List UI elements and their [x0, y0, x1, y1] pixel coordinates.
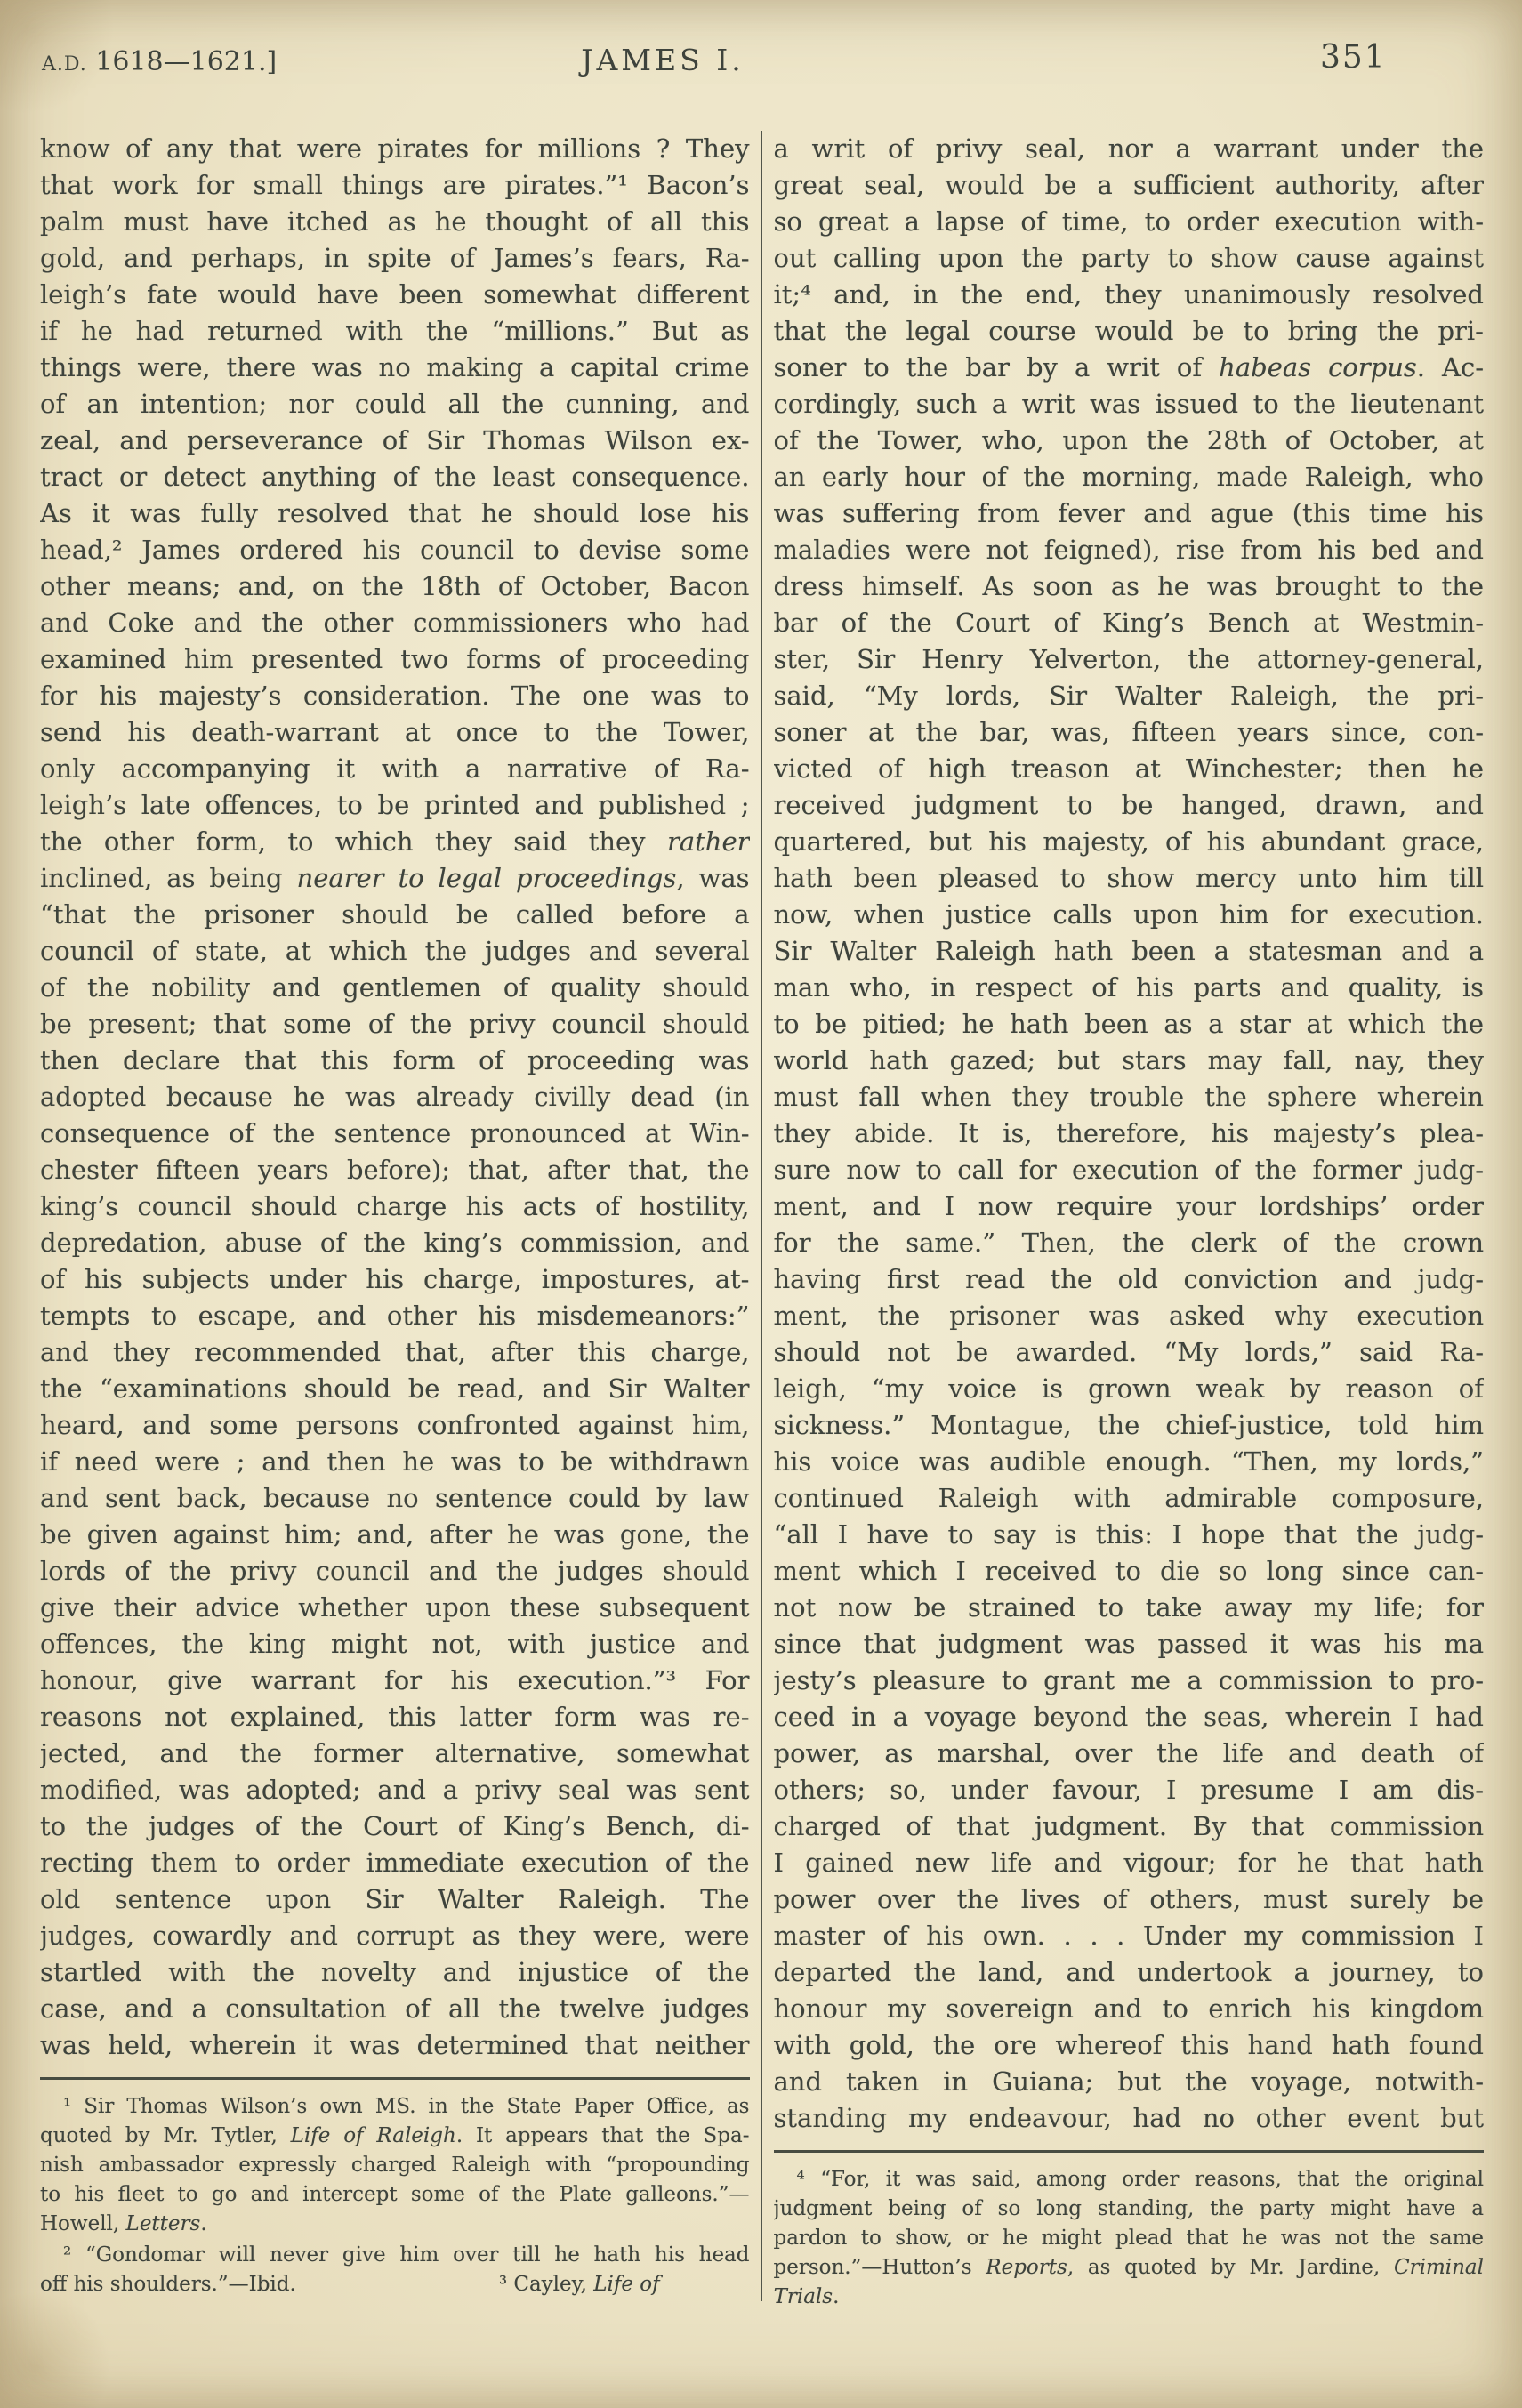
- text-line: palm must have itched as he thought of a…: [40, 204, 750, 240]
- text-line: master of his own. . . . Under my commis…: [774, 1918, 1485, 1954]
- text-line: that work for small things are pirates.”…: [40, 167, 750, 204]
- text-line: tempts to escape, and other his misdemea…: [40, 1298, 750, 1334]
- text-line: old sentence upon Sir Walter Raleigh. Th…: [40, 1881, 750, 1918]
- text-line: and taken in Guiana; but the voyage, not…: [774, 2064, 1485, 2100]
- text-line: charged of that judgment. By that commis…: [774, 1808, 1485, 1845]
- text-line: that the legal course would be to bring …: [774, 313, 1485, 350]
- text-line: ment which I received to die so long sin…: [774, 1553, 1485, 1590]
- text-line: other means; and, on the 18th of October…: [40, 568, 750, 605]
- text-line: council of state, at which the judges an…: [40, 933, 750, 970]
- text-line: they abide. It is, therefore, his majest…: [774, 1115, 1485, 1152]
- text-line: soner to the bar by a writ of habeas cor…: [774, 350, 1485, 386]
- text-line: of the Tower, who, upon the 28th of Octo…: [774, 423, 1485, 459]
- text-line: if need were ; and then he was to be wit…: [40, 1444, 750, 1480]
- text-line: the other form, to which they said they …: [40, 824, 750, 860]
- text-line: recting them to order immediate executio…: [40, 1845, 750, 1881]
- page-header: A.D. 1618—1621.] JAMES I. 351: [0, 0, 1522, 131]
- text-line: not now be strained to take away my life…: [774, 1590, 1485, 1626]
- text-line: quoted by Mr. Tytler, Life of Raleigh. I…: [40, 2122, 750, 2151]
- text-line: bar of the Court of King’s Bench at West…: [774, 605, 1485, 641]
- text-line: leigh’s late offences, to be printed and…: [40, 787, 750, 824]
- text-line: adopted because he was already civilly d…: [40, 1079, 750, 1115]
- text-line: modified, was adopted; and a privy seal …: [40, 1772, 750, 1808]
- text-line: offences, the king might not, with justi…: [40, 1626, 750, 1663]
- text-line: As it was fully resolved that he should …: [40, 495, 750, 532]
- text-line: then declare that this form of proceedin…: [40, 1043, 750, 1079]
- text-line: out calling upon the party to show cause…: [774, 240, 1485, 277]
- text-line: Howell, Letters.: [40, 2210, 750, 2239]
- text-line: if he had returned with the “millions.” …: [40, 313, 750, 350]
- text-line: received judgment to be hanged, drawn, a…: [774, 787, 1485, 824]
- text-line: since that judgment was passed it was hi…: [774, 1626, 1485, 1663]
- text-line: hath been pleased to show mercy unto him…: [774, 860, 1485, 897]
- text-line: must fall when they trouble the sphere w…: [774, 1079, 1485, 1115]
- text-line: great seal, would be a sufficient author…: [774, 167, 1485, 204]
- text-line: only accompanying it with a narrative of…: [40, 751, 750, 787]
- text-line: be present; that some of the privy counc…: [40, 1006, 750, 1043]
- right-column: a writ of privy seal, nor a warrant unde…: [762, 131, 1485, 2314]
- text-line: reasons not explained, this latter form …: [40, 1699, 750, 1736]
- date-range: 1618—1621.]: [87, 46, 277, 77]
- text-line: leigh, “my voice is grown weak by reason…: [774, 1371, 1485, 1407]
- text-line: honour my sovereign and to enrich his ki…: [774, 1991, 1485, 2027]
- text-line: his voice was audible enough. “Then, my …: [774, 1444, 1485, 1480]
- text-line: dress himself. As soon as he was brought…: [774, 568, 1485, 605]
- text-line: “all I have to say is this: I hope that …: [774, 1517, 1485, 1553]
- text-line: departed the land, and undertook a journ…: [774, 1954, 1485, 1991]
- text-line: cordingly, such a writ was issued to the…: [774, 386, 1485, 423]
- text-line: nish ambassador expressly charged Raleig…: [40, 2151, 750, 2180]
- text-line: ⁴ “For, it was said, among order reasons…: [774, 2165, 1485, 2195]
- text-line: heard, and some persons confronted again…: [40, 1407, 750, 1444]
- text-line: startled with the novelty and injustice …: [40, 1954, 750, 1991]
- text-line: sickness.” Montague, the chief-justice, …: [774, 1407, 1485, 1444]
- text-line: of an intention; nor could all the cunni…: [40, 386, 750, 423]
- text-line: honour, give warrant for his execution.”…: [40, 1663, 750, 1699]
- text-line: things were, there was no making a capit…: [40, 350, 750, 386]
- text-line: jected, and the former alternative, some…: [40, 1736, 750, 1772]
- text-line: maladies were not feigned), rise from hi…: [774, 532, 1485, 568]
- right-footnote-rule: [774, 2150, 1485, 2153]
- footnote-4: ⁴ “For, it was said, among order reasons…: [774, 2165, 1485, 2312]
- text-columns: know of any that were pirates for millio…: [0, 131, 1522, 2314]
- text-line: now, when justice calls upon him for exe…: [774, 897, 1485, 933]
- text-line: ment, the prisoner was asked why executi…: [774, 1298, 1485, 1334]
- text-line: world hath gazed; but stars may fall, na…: [774, 1043, 1485, 1079]
- text-line: soner at the bar, was, fifteen years sin…: [774, 714, 1485, 751]
- text-line: power over the lives of others, must sur…: [774, 1881, 1485, 1918]
- text-line: ² “Gondomar will never give him over til…: [40, 2241, 750, 2270]
- text-line: person.”—Hutton’s Reports, as quoted by …: [774, 2253, 1485, 2283]
- text-line: man who, in respect of his parts and qua…: [774, 970, 1485, 1006]
- text-line: Trials.: [774, 2283, 1485, 2312]
- text-line: Sir Walter Raleigh hath been a statesman…: [774, 933, 1485, 970]
- text-line: was suffering from fever and ague (this …: [774, 495, 1485, 532]
- text-line: others; so, under favour, I presume I am…: [774, 1772, 1485, 1808]
- text-line: power, as marshal, over the life and dea…: [774, 1736, 1485, 1772]
- text-line: of his subjects under his charge, impost…: [40, 1261, 750, 1298]
- text-line: having first read the old conviction and…: [774, 1261, 1485, 1298]
- text-line: ster, Sir Henry Yelverton, the attorney-…: [774, 641, 1485, 678]
- left-footnote-rule: [40, 2077, 750, 2080]
- text-line: know of any that were pirates for millio…: [40, 131, 750, 167]
- text-line: give their advice whether upon these sub…: [40, 1590, 750, 1626]
- text-line: and Coke and the other commissioners who…: [40, 605, 750, 641]
- text-line: ceed in a voyage beyond the seas, wherei…: [774, 1699, 1485, 1736]
- text-line: continued Raleigh with admirable composu…: [774, 1480, 1485, 1517]
- text-line: and they recommended that, after this ch…: [40, 1334, 750, 1371]
- text-line: jesty’s pleasure to grant me a commissio…: [774, 1663, 1485, 1699]
- text-line: case, and a consultation of all the twel…: [40, 1991, 750, 2027]
- text-line: chester fifteen years before); that, aft…: [40, 1152, 750, 1188]
- era-label: A.D.: [42, 53, 87, 76]
- text-line: leigh’s fate would have been somewhat di…: [40, 277, 750, 313]
- text-line: for the same.” Then, the clerk of the cr…: [774, 1225, 1485, 1261]
- text-line: tract or detect anything of the least co…: [40, 459, 750, 495]
- text-line: an early hour of the morning, made Ralei…: [774, 459, 1485, 495]
- text-line: off his shoulders.”—Ibid.³ Cayley, Life …: [40, 2270, 750, 2299]
- text-line: send his death-warrant at once to the To…: [40, 714, 750, 751]
- text-line: should not be awarded. “My lords,” said …: [774, 1334, 1485, 1371]
- text-line: gold, and perhaps, in spite of James’s f…: [40, 240, 750, 277]
- text-line: I gained new life and vigour; for he tha…: [774, 1845, 1485, 1881]
- text-line: judges, cowardly and corrupt as they wer…: [40, 1918, 750, 1954]
- era-date: A.D. 1618—1621.]: [42, 46, 277, 77]
- text-line: a writ of privy seal, nor a warrant unde…: [774, 131, 1485, 167]
- text-line: and sent back, because no sentence could…: [40, 1480, 750, 1517]
- footnote-1: ¹ Sir Thomas Wilson’s own MS. in the Sta…: [40, 2092, 750, 2239]
- text-line: ment, and I now require your lordships’ …: [774, 1188, 1485, 1225]
- text-line: quartered, but his majesty, of his abund…: [774, 824, 1485, 860]
- text-line: said, “My lords, Sir Walter Raleigh, the…: [774, 678, 1485, 714]
- text-line: to his fleet to go and intercept some of…: [40, 2180, 750, 2210]
- text-line: inclined, as being nearer to legal proce…: [40, 860, 750, 897]
- text-line: king’s council should charge his acts of…: [40, 1188, 750, 1225]
- text-line: it;⁴ and, in the end, they unanimously r…: [774, 277, 1485, 313]
- text-line: the “examinations should be read, and Si…: [40, 1371, 750, 1407]
- running-title: JAMES I.: [581, 43, 745, 77]
- page-number: 351: [1320, 39, 1387, 76]
- text-line: standing my endeavour, had no other even…: [774, 2100, 1485, 2137]
- text-line: head,² James ordered his council to devi…: [40, 532, 750, 568]
- text-line: examined him presented two forms of proc…: [40, 641, 750, 678]
- left-column: know of any that were pirates for millio…: [40, 131, 762, 2301]
- text-line: consequence of the sentence pronounced a…: [40, 1115, 750, 1152]
- text-line: “that the prisoner should be called befo…: [40, 897, 750, 933]
- text-line: lords of the privy council and the judge…: [40, 1553, 750, 1590]
- left-column-body: know of any that were pirates for millio…: [40, 131, 750, 2064]
- text-line: for his majesty’s consideration. The one…: [40, 678, 750, 714]
- text-line: so great a lapse of time, to order execu…: [774, 204, 1485, 240]
- text-line: to be pitied; he hath been as a star at …: [774, 1006, 1485, 1043]
- text-line: depredation, abuse of the king’s commiss…: [40, 1225, 750, 1261]
- text-line: with gold, the ore whereof this hand hat…: [774, 2027, 1485, 2064]
- text-line: sure now to call for execution of the fo…: [774, 1152, 1485, 1188]
- text-line: be given against him; and, after he was …: [40, 1517, 750, 1553]
- text-line: pardon to show, or he might plead that h…: [774, 2224, 1485, 2253]
- text-line: judgment being of so long standing, the …: [774, 2195, 1485, 2224]
- text-line: ¹ Sir Thomas Wilson’s own MS. in the Sta…: [40, 2092, 750, 2122]
- footnote-2-3: ² “Gondomar will never give him over til…: [40, 2241, 750, 2299]
- text-line: was held, wherein it was determined that…: [40, 2027, 750, 2064]
- text-line: zeal, and perseverance of Sir Thomas Wil…: [40, 423, 750, 459]
- text-line: victed of high treason at Winchester; th…: [774, 751, 1485, 787]
- right-column-body: a writ of privy seal, nor a warrant unde…: [774, 131, 1485, 2137]
- book-page: A.D. 1618—1621.] JAMES I. 351 know of an…: [0, 0, 1522, 2408]
- text-line: to the judges of the Court of King’s Ben…: [40, 1808, 750, 1845]
- text-line: of the nobility and gentlemen of quality…: [40, 970, 750, 1006]
